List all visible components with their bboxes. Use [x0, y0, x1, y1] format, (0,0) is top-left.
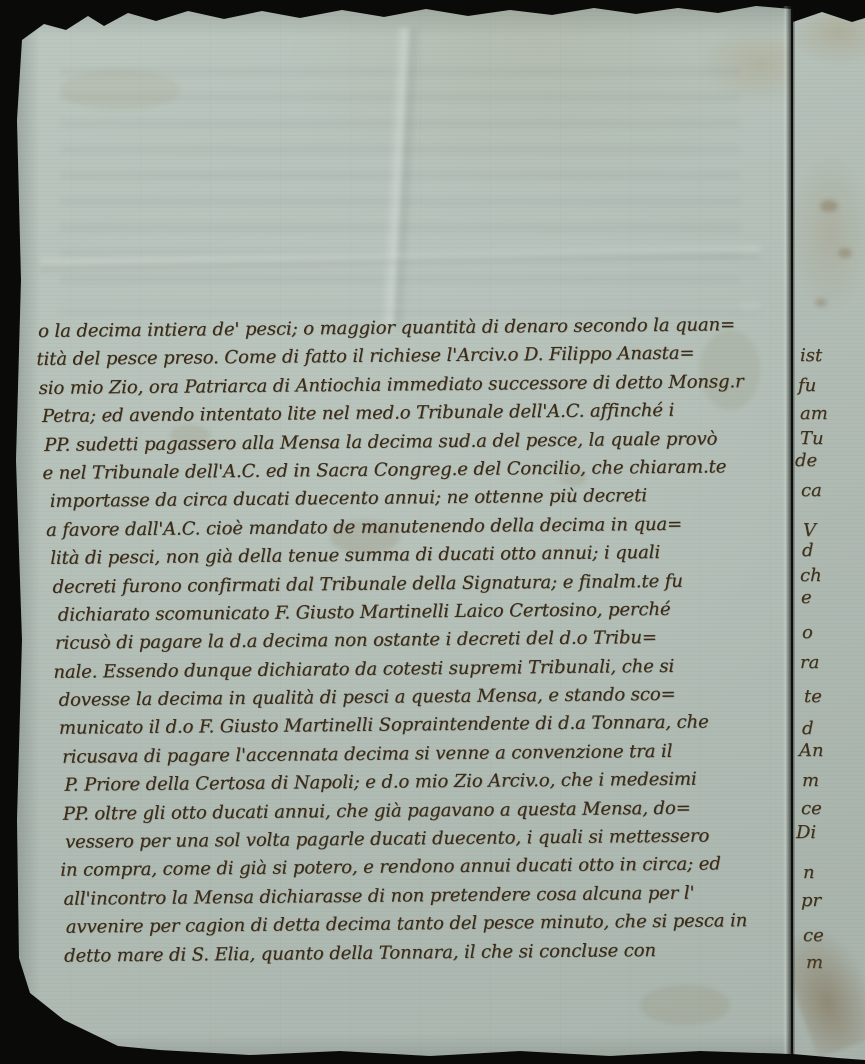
- facing-page-fragment: de: [795, 450, 817, 471]
- paper-stain: [838, 248, 852, 258]
- facing-page-fragment: ist: [800, 345, 822, 366]
- facing-page-fragment: am: [800, 403, 828, 424]
- facing-page-fragment: An: [799, 740, 824, 761]
- facing-page-fragment: V: [803, 520, 816, 541]
- paper-stain: [815, 298, 827, 307]
- facing-page-fragment: Tu: [800, 428, 824, 449]
- paper-stain: [640, 985, 730, 1025]
- page-fold-shadow: [783, 6, 795, 1054]
- manuscript-page: o la decima intiera de' pesci; o maggior…: [0, 0, 865, 1064]
- paper-stain: [820, 200, 838, 212]
- facing-page-fragment: e: [801, 587, 812, 608]
- facing-page-fragment: ce: [801, 798, 822, 819]
- facing-page-fragment: d: [802, 718, 814, 739]
- facing-page-fragment: Di: [796, 822, 816, 843]
- facing-page-fragment: d: [802, 540, 814, 561]
- facing-page-fragment: fu: [798, 375, 816, 396]
- manuscript-photo: o la decima intiera de' pesci; o maggior…: [0, 0, 865, 1064]
- facing-page-fragment: pr: [801, 890, 821, 911]
- facing-page-fragment: te: [804, 686, 822, 707]
- facing-page-fragment: ch: [800, 565, 822, 586]
- paper-stain: [60, 70, 180, 110]
- facing-page-fragment: o: [802, 622, 813, 643]
- manuscript-text-block: o la decima intiera de' pesci; o maggior…: [36, 311, 794, 971]
- facing-page-fragment: ca: [801, 480, 822, 501]
- facing-page-fragment: m: [802, 770, 819, 791]
- facing-page-fragment: ra: [800, 652, 819, 673]
- facing-page-fragment: n: [803, 862, 815, 883]
